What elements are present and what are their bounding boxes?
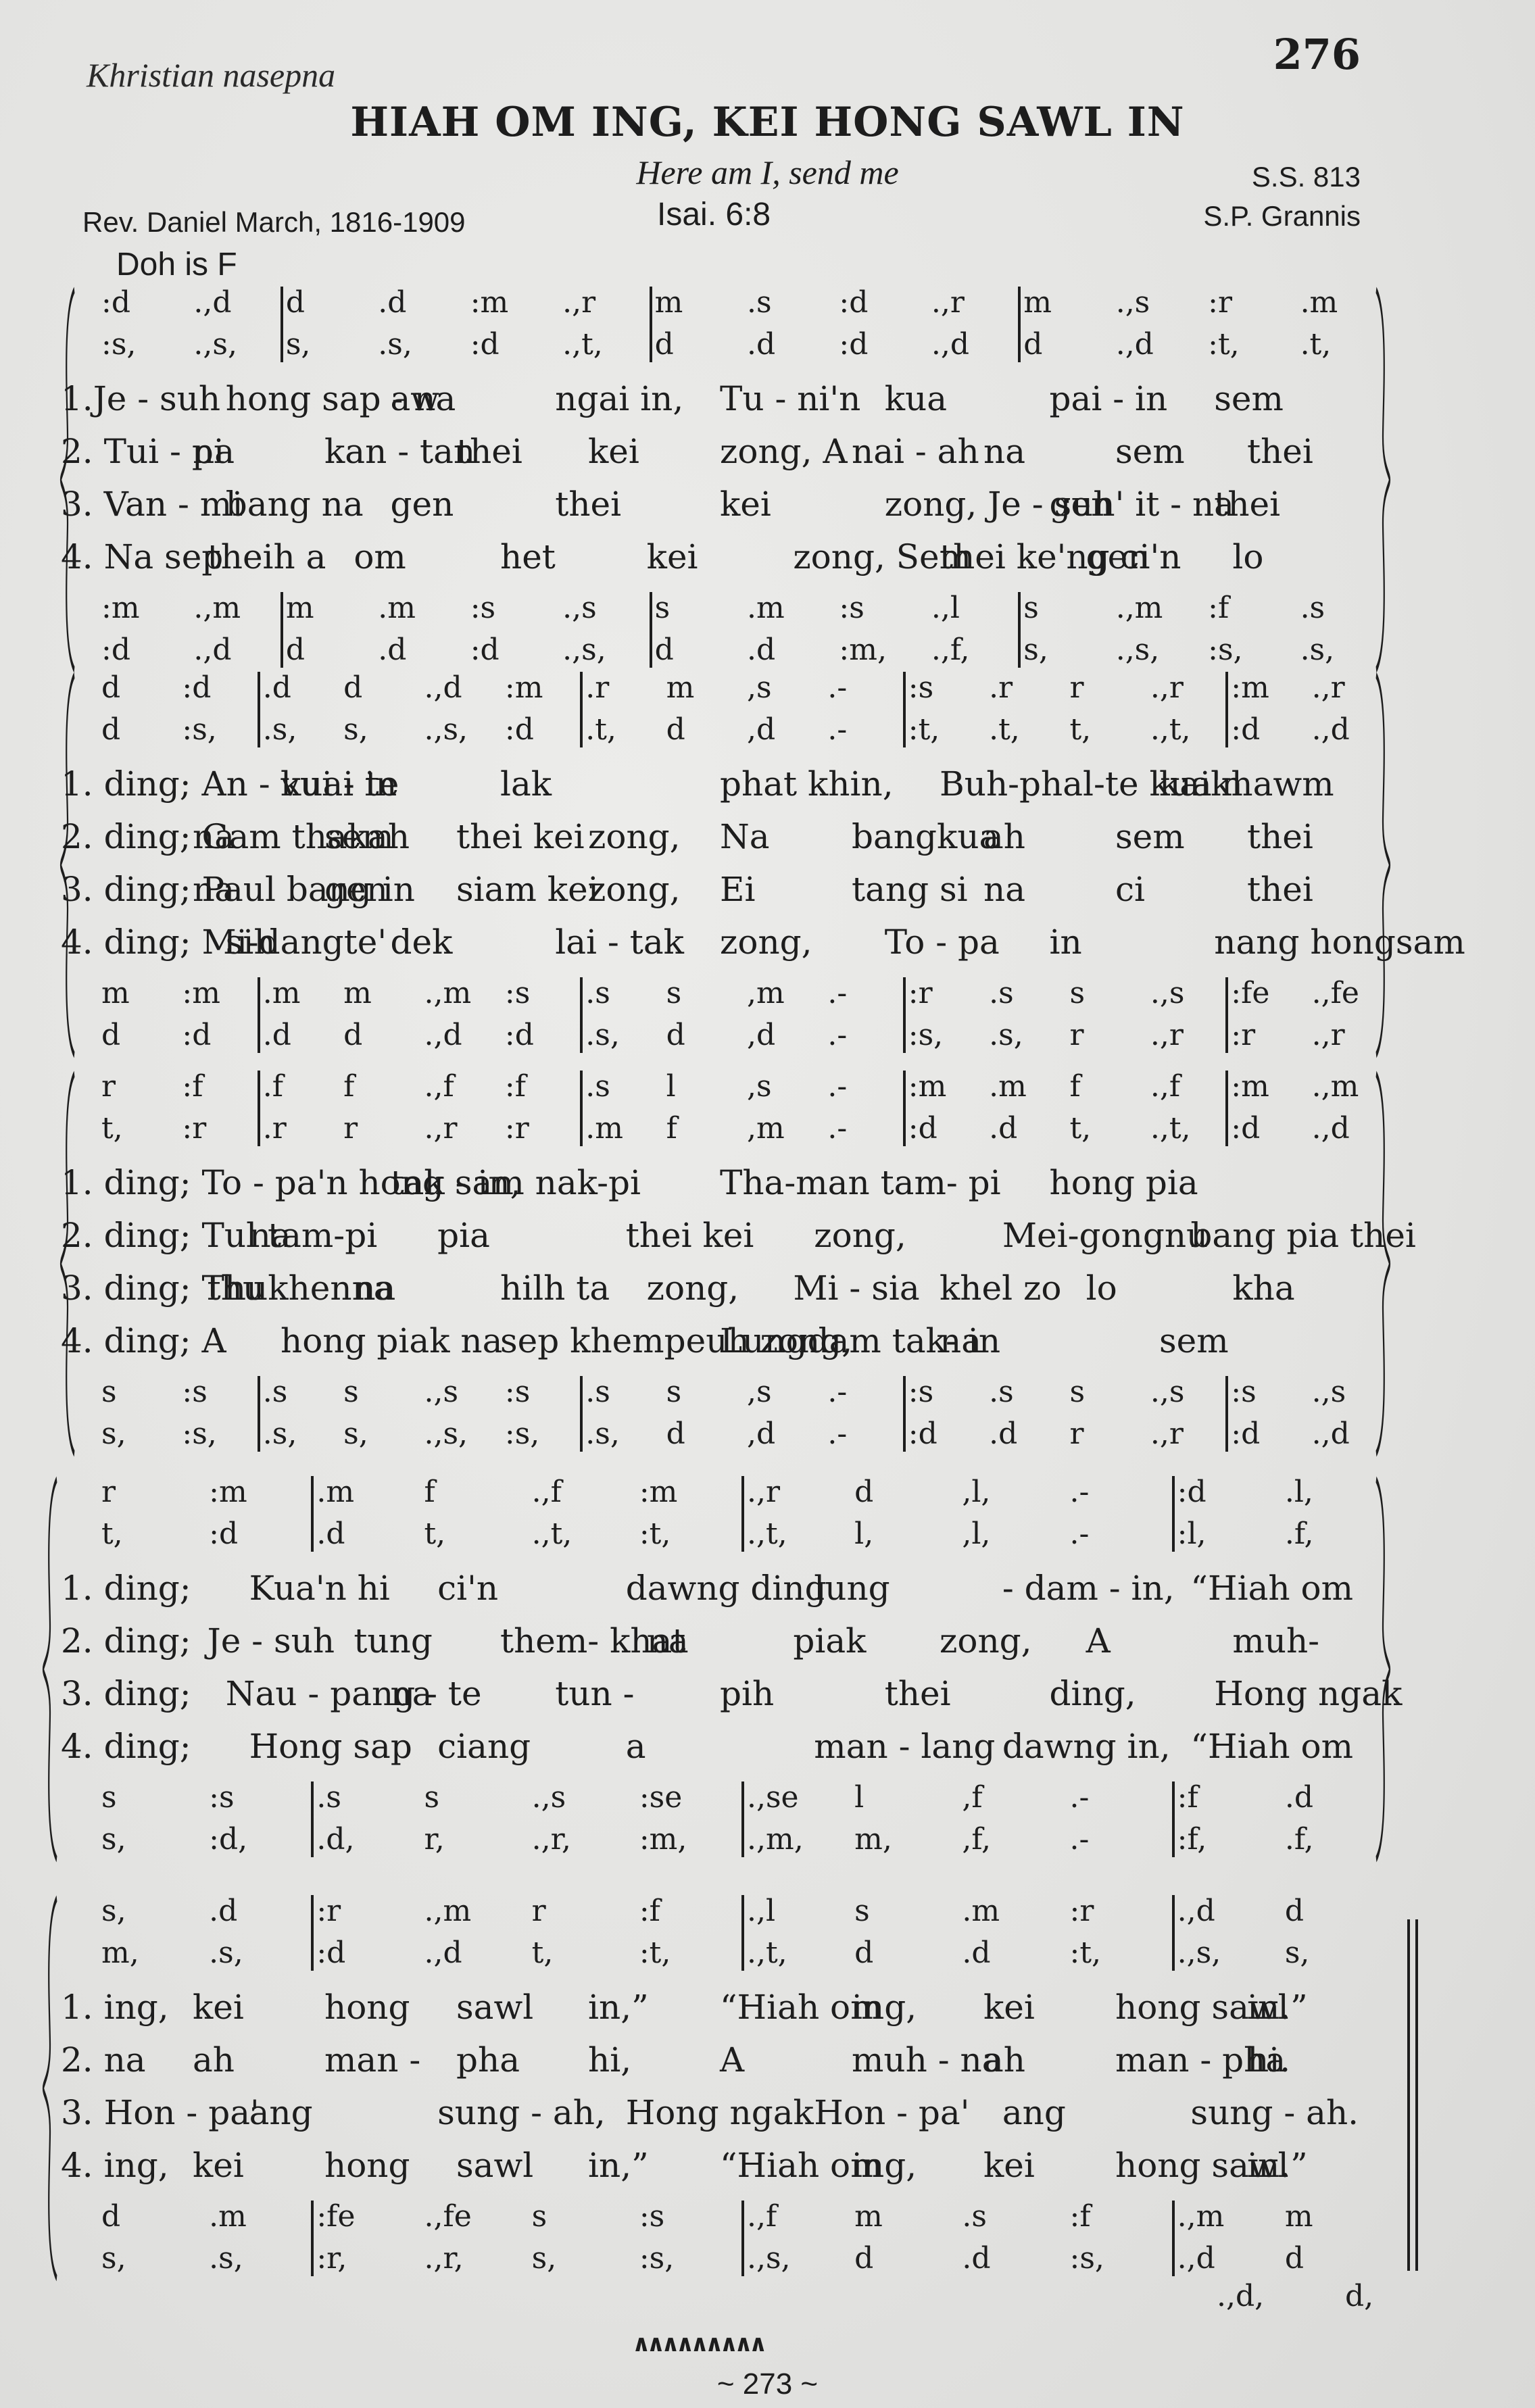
solfa-note: .,m [424,1892,472,1930]
solfa-note: :r [182,1110,206,1148]
solfa-note: s [854,1892,870,1930]
solfa-note: .,t, [532,1515,572,1553]
solfa-note: .- [827,1415,847,1453]
barline [311,1895,314,1971]
barline [650,592,652,668]
lyric-syllable: A [720,2040,744,2080]
lyric-syllable: 4. ding; A [61,1321,226,1361]
barline [1172,1895,1175,1971]
solfa-note: :t, [639,1934,671,1972]
solfa-note: s, [101,2240,126,2278]
bass-lower-row: s,:s,.s,s,.,s,:s,.s,d,d.-:d.dr.,r:d.,d [0,1415,1535,1456]
solfa-note: t, [532,1934,554,1972]
barline [580,672,583,747]
lyric-syllable: om [354,537,406,577]
solfa-note: s [101,1373,117,1411]
solfa-note: m [286,589,314,627]
solfa-note: :s [182,1373,207,1411]
lyric-syllable: tang si [852,869,968,910]
solfa-note: .d [962,2240,990,2278]
solfa-note: d [1285,1892,1304,1930]
lyric-syllable: Kua'n hi [249,1568,390,1608]
lyric-syllable: na [391,1673,433,1714]
lyric-syllable: zong, [814,1215,906,1256]
solfa-note: :f [1177,1779,1198,1817]
lyric-syllable: ding, [1050,1673,1136,1714]
solfa-note: d [854,1934,873,1972]
lyric-syllable: theih a [208,537,326,577]
lyric-syllable: 2. ding; Tul tam-pi [61,1215,377,1256]
lyric-syllable: “Hiah om [1190,1568,1353,1608]
solfa-note: m, [854,1821,892,1859]
solfa-note: ,s [747,1373,772,1411]
lyric-syllable: kei [588,431,639,472]
lyric-syllable: khel zo [940,1268,1061,1308]
lyric-syllable: ciang [437,1726,531,1767]
barline [1225,1071,1228,1146]
solfa-note: .,f [532,1473,562,1511]
lyric-syllable: piak [793,1621,866,1661]
lyric-syllable: thei [456,431,522,472]
lyric-syllable: nai - ah [852,431,979,472]
solfa-note: s [1070,1373,1086,1411]
solfa-note: .- [827,975,847,1012]
verse-3-lyrics: 3. Hon - pa'angsung - ah,Hong ngakHon - … [0,2092,1535,2133]
solfa-note: .f, [1285,1515,1314,1553]
solfa-note: :d [1231,1110,1260,1148]
lyric-syllable: hi. [1247,2040,1290,2080]
solfa-note: ,l, [962,1473,990,1511]
solfa-note: .,t, [1150,711,1191,749]
solfa-note: d [286,631,305,669]
verse-1-lyrics: 1. ding; To - pa'n hong sam nak-pitak - … [0,1162,1535,1203]
solfa-note: .t, [989,711,1020,749]
solfa-note: ,m [747,1110,785,1148]
barline [741,1476,744,1552]
solfa-note: .m [316,1473,354,1511]
lyric-syllable: ci [1115,869,1145,910]
solfa-note: l [666,1068,676,1106]
lyric-syllable: Tha-man tam- pi [720,1162,1001,1203]
solfa-note: d [286,284,305,322]
lyric-syllable: thei kei [456,816,585,857]
solfa-note: .f [263,1068,283,1106]
solfa-note: ,s [747,669,772,707]
solfa-note: .,r, [532,1821,571,1859]
lyric-syllable: sawl [456,2145,533,2186]
bass-upper-row: :m.,mm.m:s.,ss.m:s.,ls.,m:f.s [0,589,1535,630]
solfa-note: :m [1231,1068,1269,1106]
solfa-note: .,r [1150,1415,1184,1453]
bass-upper-row: m:m.mm.,m:s.ss,m.-:r.ss.,s:fe.,fe [0,975,1535,1015]
solfa-note: d [655,631,674,669]
solfa-note: :r [908,975,933,1012]
solfa-note: .d [263,1016,291,1054]
solfa-note: .d [209,1892,237,1930]
lyric-syllable: A [1086,1621,1111,1661]
solfa-note: .s [585,1068,610,1106]
verse-2-lyrics: 2. naahman -phahi,Amuh - naahman - phahi… [0,2040,1535,2080]
solfa-note: :d [470,631,500,669]
lyric-syllable: kei [983,1987,1035,2028]
solfa-note: ,d [747,711,775,749]
lyric-syllable: 4. ing, [61,2145,169,2186]
barline [311,1782,314,1857]
verse-4-lyrics: 4. ing,keihongsawlin,”“Hiah oming,keihon… [0,2145,1535,2186]
solfa-note: :m [908,1068,947,1106]
bass-lower-row: :d.,dd.d:d.,s,d.d:m,.,f,s,.,s,:s,.s, [0,631,1535,672]
solfa-note: d [666,1016,685,1054]
solfa-note: r [1070,669,1084,707]
solfa-note: .- [827,669,847,707]
solfa-note: :r [1208,284,1232,322]
lyric-syllable: thei [1247,869,1313,910]
solfa-note: .- [827,1016,847,1054]
lyric-syllable: Mi - sia [793,1268,919,1308]
lyric-syllable: lak [500,764,552,804]
lyric-syllable: gen [391,484,454,524]
verse-1-lyrics: 1. ing,keihongsawlin,”“Hiah oming,keihon… [0,1987,1535,2028]
lyric-syllable: in.” [1247,2145,1308,2186]
solfa-note: :d [209,1515,238,1553]
solfa-note: .,m, [747,1821,804,1859]
lyric-syllable: kei [720,484,771,524]
lyric-syllable: man - lang [814,1726,995,1767]
solfa-note: .,f [747,2198,777,2236]
verse-3-lyrics: 3. ding; Paul bang innagensiam keizong,E… [0,869,1535,910]
solfa-note: .s [1300,589,1325,627]
lyric-syllable: tung [354,1621,433,1661]
lyric-syllable: pha [456,2040,520,2080]
solfa-note: .s [585,975,610,1012]
solfa-note: .s, [209,2240,243,2278]
solfa-note: ,f, [962,1821,991,1859]
lyric-syllable: hong [324,2145,410,2186]
solfa-note: r [532,1892,546,1930]
verse-3-lyrics: 3. ding; Thukhennathunahilh tazong,Mi - … [0,1268,1535,1308]
solfa-note: .,r [747,1473,780,1511]
lyric-syllable: sung - ah, [437,2092,606,2133]
lyric-syllable: 1. ding; To - pa'n hong sam nak-pi [61,1162,641,1203]
barline [281,592,283,668]
solfa-note: .,d [1177,2240,1215,2278]
solfa-note: d [854,1473,873,1511]
solfa-note: :d [839,284,868,322]
solfa-note: .,s, [1116,631,1160,669]
lyric-syllable: 1.Je - suh [61,378,220,419]
solfa-note: :t, [1070,1934,1102,1972]
barline [741,1895,744,1971]
solfa-note: :d [908,1415,937,1453]
solfa-note: :m [639,1473,678,1511]
solfa-note: .,r, [424,2240,464,2278]
solfa-note: :s [209,1779,234,1817]
solfa-note: .,s [1150,1373,1185,1411]
solfa-note: s [655,589,671,627]
barline [741,1782,744,1857]
bass-alternate-row: .,d,d, [0,2278,1535,2318]
solfa-note: s, [1023,631,1048,669]
lyric-syllable: in [1050,922,1082,962]
solfa-note: .s [962,2198,987,2236]
solfa-note: :r [1070,1892,1094,1930]
lyric-syllable: phat khin, [720,764,894,804]
solfa-note: s [101,1779,117,1817]
solfa-note: .m [962,1892,1000,1930]
solfa-note: .,m [424,975,472,1012]
solfa-note: m [655,284,683,322]
lyric-syllable: na [249,1215,291,1256]
bass-lower-row: s,:d,.d,r,.,r,:m,.,m,m,,f,.-:f,.f, [0,1821,1535,1861]
author: Rev. Daniel March, 1816-1909 [82,206,466,239]
solfa-note: t, [424,1515,446,1553]
solfa-note: .d [962,1934,990,1972]
solfa-note: .d [378,631,406,669]
lyric-syllable: To - pa [885,922,1000,962]
lyric-syllable: hi, [588,2040,631,2080]
lyric-syllable: kha [1232,1268,1294,1308]
lyric-syllable: 3. Van - mi [61,484,243,524]
solfa-note: :d [908,1110,937,1148]
solfa-note: .s, [263,711,297,749]
solfa-note: :s, [182,711,216,749]
verse-2-lyrics: 2. Tui - pinakan - tantheikeizong, Anai … [0,431,1535,472]
lyric-syllable: in.” [1247,1987,1308,2028]
solfa-note: d [666,1415,685,1453]
solfa-note: :s, [908,1016,943,1054]
scripture-ref: Isai. 6:8 [657,196,771,233]
solfa-note: .,s, [193,326,237,364]
lyric-syllable: zong, [588,816,681,857]
solfa-note: s, [286,326,311,364]
lyric-syllable: na [940,1321,981,1361]
barline [1225,977,1228,1053]
solfa-note: :s, [505,1415,539,1453]
lyric-syllable: kaikhawm [1159,764,1334,804]
solfa-note: .s, [1300,631,1335,669]
barline [1172,2201,1175,2276]
solfa-note: .- [1070,1779,1090,1817]
lyric-syllable: sih [226,922,276,962]
lyric-syllable: muh- [1232,1621,1319,1661]
solfa-note: .s, [989,1016,1023,1054]
solfa-note: d, [1345,2278,1373,2315]
verse-2-lyrics: 2. ding;Je - suhtungthem- khatnapiakzong… [0,1621,1535,1661]
solfa-note: .- [1070,1473,1090,1511]
source-ref: S.S. 813 [1252,161,1361,193]
solfa-note: .,d [1312,1110,1350,1148]
solfa-note: .,r [562,284,595,322]
verse-4-lyrics: 4. ding; Mi-dangte'sihdeklai - takzong,T… [0,922,1535,962]
lyric-syllable: hong [324,1987,410,2028]
lyric-syllable: na [193,431,235,472]
solfa-note: .s, [585,1016,620,1054]
solfa-note: s, [101,1821,126,1859]
lyric-syllable: zong, [940,1621,1032,1661]
lyric-syllable: Tu - ni'n [720,378,860,419]
lyric-syllable: na [983,869,1025,910]
verse-3-lyrics: 3. Van - mibang nagentheikeizong, Je - s… [0,484,1535,524]
barline [258,672,260,747]
page-number: ~ 273 ~ [0,2367,1535,2401]
solfa-note: d [343,1016,362,1054]
solfa-note: :r [1231,1016,1255,1054]
solfa-note: .,m [193,589,241,627]
solfa-note: d [666,711,685,749]
solfa-note: .,d, [1217,2278,1264,2315]
lyric-syllable: lung [814,1568,890,1608]
lyric-syllable: 2. na [61,2040,146,2080]
solfa-note: :d [101,631,130,669]
lyric-syllable: Je - suh [208,1621,335,1661]
lyric-syllable: kan - tan [324,431,475,472]
key-signature: Doh is F [116,246,237,283]
solfa-note: .,l [747,1892,775,1930]
lyric-syllable: pai - in [1050,378,1168,419]
solfa-note: d [655,326,674,364]
solfa-note: :s [839,589,864,627]
solfa-note: .,s [532,1779,566,1817]
solfa-note: .,t, [1150,1110,1191,1148]
lyric-syllable: pih [720,1673,774,1714]
solfa-note: .,f [1150,1068,1180,1106]
solfa-note: ,m [747,975,785,1012]
lyric-syllable: nang hongsam [1214,922,1465,962]
lyric-syllable: Mei-gongnu [1002,1215,1208,1256]
lyric-syllable: aw [391,378,440,419]
solfa-note: s [343,1373,359,1411]
solfa-note: .,r [931,284,965,322]
solfa-note: .,fe [424,2198,472,2236]
lyric-syllable: thei [1247,431,1313,472]
lyric-syllable: thei [1214,484,1280,524]
lyric-syllable: 1. ding; [61,1568,191,1608]
solfa-note: .- [827,711,847,749]
lyric-syllable: kei [983,2145,1035,2186]
solfa-note: .,d [424,669,462,707]
solfa-note: :f, [1177,1821,1207,1859]
lyric-syllable: kei [647,537,698,577]
solfa-note: .,f [424,1068,454,1106]
solfa-note: :d [1231,1415,1260,1453]
solfa-note: s, [343,711,368,749]
solfa-note: .s [989,1373,1014,1411]
solfa-note: .d [263,669,291,707]
solfa-note: s [1023,589,1039,627]
lyric-syllable: hong pia [1050,1162,1198,1203]
barline [1172,1782,1175,1857]
solfa-note: :d [505,1016,534,1054]
lyric-syllable: pia [437,1215,490,1256]
treble-upper-row: d:d.dd.,d:m.rm,s.-:s.rr.,r:m.,r [0,669,1535,710]
solfa-note: .,d [193,284,231,322]
solfa-note: m [854,2198,883,2236]
solfa-note: d [101,711,120,749]
verse-1-lyrics: 1.Je - suhhong sap - naawngai in,Tu - ni… [0,378,1535,419]
lyric-syllable: sem [1115,431,1185,472]
solfa-note: :f [1070,2198,1091,2236]
lyric-syllable: na [193,816,235,857]
solfa-note: :s [908,1373,933,1411]
solfa-note: .- [827,1110,847,1148]
solfa-note: .,s, [424,1415,468,1453]
lyric-syllable: na [647,1621,689,1661]
verse-2-lyrics: 2. ding; Gam thakahnasemthei keizong,Nab… [0,816,1535,857]
treble-upper-row: s,.d:r.,mr:f.,ls.m:r.,dd [0,1892,1535,1933]
solfa-note: .,s, [562,631,606,669]
solfa-note: :d [182,669,211,707]
solfa-note: :d, [209,1821,247,1859]
solfa-note: .s [263,1373,288,1411]
solfa-note: .d [316,1515,345,1553]
solfa-note: :d [316,1934,345,1972]
barline [903,977,906,1053]
solfa-note: .t, [1300,326,1332,364]
ornament-divider: ∧∧∧∧∧∧∧∧∧ [632,2330,763,2357]
solfa-note: :d [182,1016,211,1054]
solfa-note: :r, [316,2240,347,2278]
lyric-syllable: thu [208,1268,265,1308]
treble-upper-row: r:f.ff.,f:f.sl,s.-:m.mf.,f:m.,m [0,1068,1535,1108]
barline [1172,1476,1175,1552]
solfa-note: .d [747,631,775,669]
solfa-note: .,s [1116,284,1150,322]
solfa-note: .m [209,2198,247,2236]
solfa-note: m [1285,2198,1313,2236]
solfa-note: .d [747,326,775,364]
solfa-note: s, [101,1892,126,1930]
lyric-syllable: 3. Hon - pa' [61,2092,260,2133]
solfa-note: s [666,1373,682,1411]
barline [258,1376,260,1452]
solfa-note: .m [989,1068,1027,1106]
barline [311,1476,314,1552]
solfa-note: d [1285,2240,1304,2278]
solfa-note: t, [101,1110,123,1148]
lyric-syllable: ang [1002,2092,1066,2133]
solfa-note: :s, [182,1415,216,1453]
solfa-note: .,r [424,1110,458,1148]
solfa-note: :d [101,284,130,322]
solfa-note: :s [470,589,495,627]
barline [1018,592,1021,668]
lyric-syllable: hong piak na [281,1321,502,1361]
lyric-syllable: lo [1086,1268,1117,1308]
lyric-syllable: 4. ding; [61,1726,191,1767]
lyric-syllable: gen [324,869,388,910]
barline [903,672,906,747]
solfa-note: .,t, [747,1515,787,1553]
solfa-note: r [1070,1415,1084,1453]
section-label: Khristian nasepna [87,55,335,95]
lyric-syllable: zong, [720,922,812,962]
solfa-note: :s, [1208,631,1242,669]
lyric-syllable: tun - [555,1673,634,1714]
solfa-note: d [101,2198,120,2236]
solfa-note: s, [101,1415,126,1453]
solfa-note: :m [209,1473,247,1511]
lyric-syllable: 1. ing, [61,1987,169,2028]
barline [1225,1376,1228,1452]
lyric-syllable: in,” [588,1987,649,2028]
solfa-note: s [1070,975,1086,1012]
solfa-note: .d [989,1415,1017,1453]
solfa-note: .,s [562,589,597,627]
barline [258,977,260,1053]
solfa-note: .,d [424,1016,462,1054]
barline [1225,672,1228,747]
solfa-note: t, [101,1515,123,1553]
